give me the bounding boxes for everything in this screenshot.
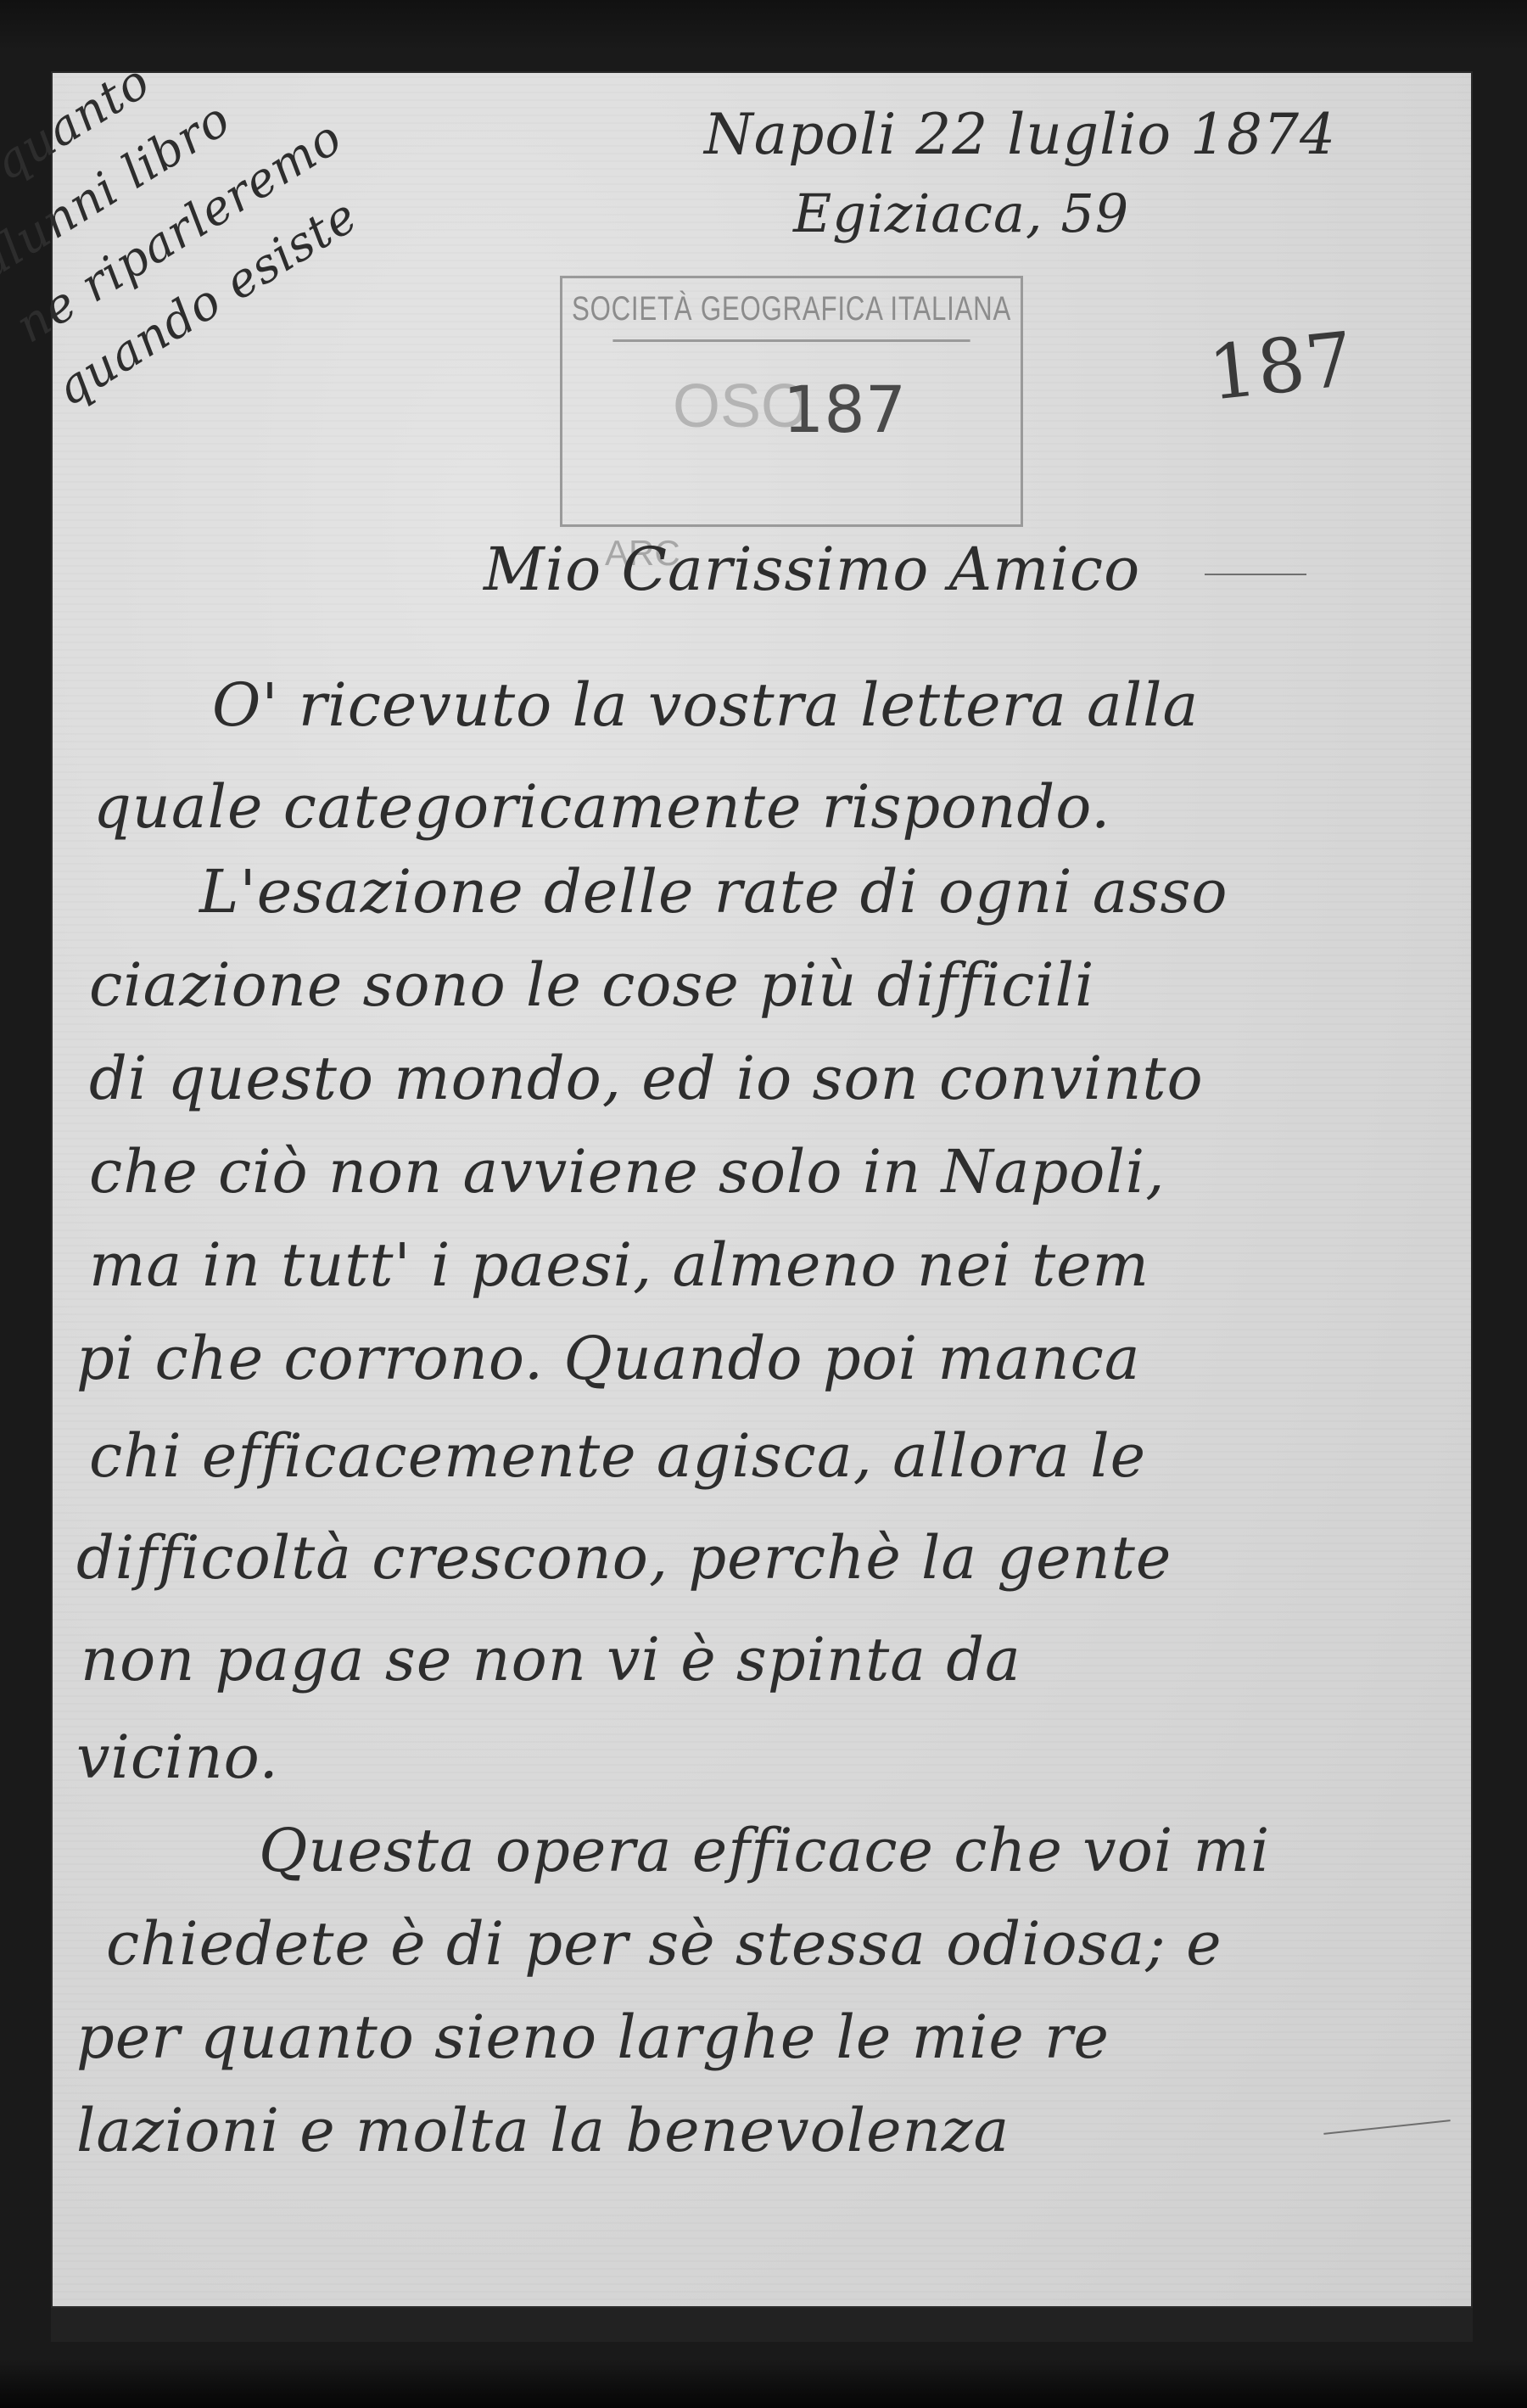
body-line: quale categoricamente rispondo. [93,772,1110,842]
body-line: chiedete è di per sè stessa odiosa; e [106,1909,1222,1979]
archive-stamp: SOCIETÀ GEOGRAFICA ITALIANA OSO 187 ARC [560,276,1023,527]
body-line: ma in tutt' i paesi, almeno nei tem [89,1230,1149,1300]
body-line: vicino. [76,1722,279,1792]
body-line: Questa opera efficace che voi mi [259,1816,1270,1885]
page-bottom-shadow [51,2308,1473,2342]
body-line: di questo mondo, ed io son convinto [89,1044,1204,1113]
place-date: Napoli 22 luglio 1874 [704,102,1336,167]
salutation: Mio Carissimo Amico [484,535,1140,604]
stamp-number: 187 [783,372,906,447]
body-line: difficoltà crescono, perchè la gente [76,1523,1172,1593]
folio-number: 187 [1205,315,1358,417]
body-line: che ciò non avviene solo in Napoli, [89,1137,1165,1207]
body-line: ciazione sono le cose più difficili [89,950,1094,1020]
body-line: non paga se non vi è spinta da [81,1625,1021,1694]
body-line: L'esazione delle rate di ogni asso [199,857,1228,927]
sender-address: Egiziaca, 59 [793,182,1129,244]
body-line: lazioni e molta la benevolenza [76,2096,1010,2165]
stamp-institution: SOCIETÀ GEOGRAFICA ITALIANA [612,278,970,342]
body-line: O' ricevuto la vostra lettera alla [212,670,1199,740]
body-line: per quanto sieno larghe le mie re [76,2002,1110,2072]
body-line: pi che corrono. Quando poi manca [76,1324,1141,1393]
body-line: chi efficacemente agisca, allora le [89,1421,1146,1491]
salutation-flourish [1205,574,1306,575]
